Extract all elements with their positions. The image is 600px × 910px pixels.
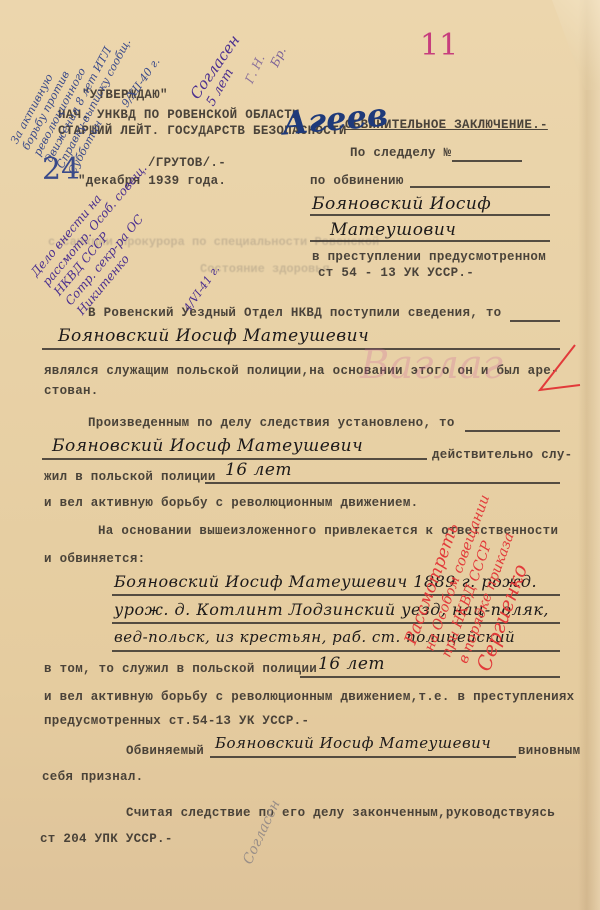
underline	[310, 240, 550, 242]
underline	[205, 482, 560, 484]
paragraph-6-end: ст 204 УПК УССР.-	[40, 832, 173, 846]
paragraph-1-name-handwritten: Бояновский Иосиф Матеушевич	[58, 326, 369, 346]
paragraph-1-text: В Ровенский Уездный Отдел НКВД поступили…	[88, 306, 501, 320]
underline	[510, 320, 560, 322]
underline	[310, 214, 550, 216]
paragraph-5-end: себя признал.	[42, 770, 143, 784]
paragraph-2-name-handwritten: Бояновский Иосиф Матеушевич	[52, 436, 363, 456]
paragraph-4-text: в том, то служил в польской полиции	[44, 662, 317, 676]
paragraph-2-text: Произведенным по делу следствия установл…	[88, 416, 455, 430]
archival-document-page: с санкции прокурора по специальности Ров…	[0, 0, 600, 910]
charge-article: ст 54 - 13 УК УССР.-	[318, 266, 474, 280]
approver-name: /ГРУТОВ/.-	[148, 156, 226, 170]
paragraph-2-served: жил в польской полиции	[44, 470, 216, 484]
resolution-annotation-red: Рассмотреть на Особом совещании при НКВД…	[400, 485, 550, 674]
red-checkmark-stroke	[530, 340, 590, 400]
paragraph-4-continuation: и вел активную борьбу с революционным дв…	[44, 690, 574, 704]
paragraph-2-actually: действительно слу-	[432, 448, 572, 462]
paragraph-5-label: Обвиняемый	[126, 744, 204, 758]
signature-blue: Агеев	[281, 95, 390, 142]
initials-purple: Г. Н.	[242, 53, 267, 86]
initials-purple: Бр.	[268, 45, 289, 69]
page-number: 11	[420, 28, 458, 63]
case-number-label: По следделу №	[350, 146, 451, 160]
paragraph-1-end: стован.	[44, 384, 99, 398]
charge-text: в преступлении предусмотренном	[312, 250, 546, 264]
paper-corner-fold	[540, 0, 600, 90]
faded-stamp-pink: Ваглаг	[360, 342, 503, 388]
accused-patronymic-handwritten: Матеушович	[330, 220, 456, 240]
case-number-blank	[452, 160, 522, 162]
underline	[410, 186, 550, 188]
paragraph-5-name-handwritten: Бояновский Иосиф Матеушевич	[215, 734, 491, 752]
paragraph-2-end: и вел активную борьбу с революционным дв…	[44, 496, 418, 510]
paragraph-2-years-handwritten: 16 лет	[225, 460, 292, 480]
paragraph-3-continuation: и обвиняется:	[44, 552, 145, 566]
accused-name-handwritten: Бояновский Иосиф	[312, 194, 491, 214]
accusation-label: по обвинению	[310, 174, 404, 188]
paragraph-4-end: предусмотренных ст.54-13 УК УССР.-	[44, 714, 309, 728]
underline	[210, 756, 516, 758]
underline	[300, 676, 560, 678]
paragraph-5-guilty: виновным	[518, 744, 580, 758]
paper-edge	[578, 0, 600, 910]
underline	[465, 430, 560, 432]
paragraph-6-text: Считая следствие по его делу законченным…	[126, 806, 555, 820]
paragraph-4-years-handwritten: 16 лет	[318, 654, 385, 674]
